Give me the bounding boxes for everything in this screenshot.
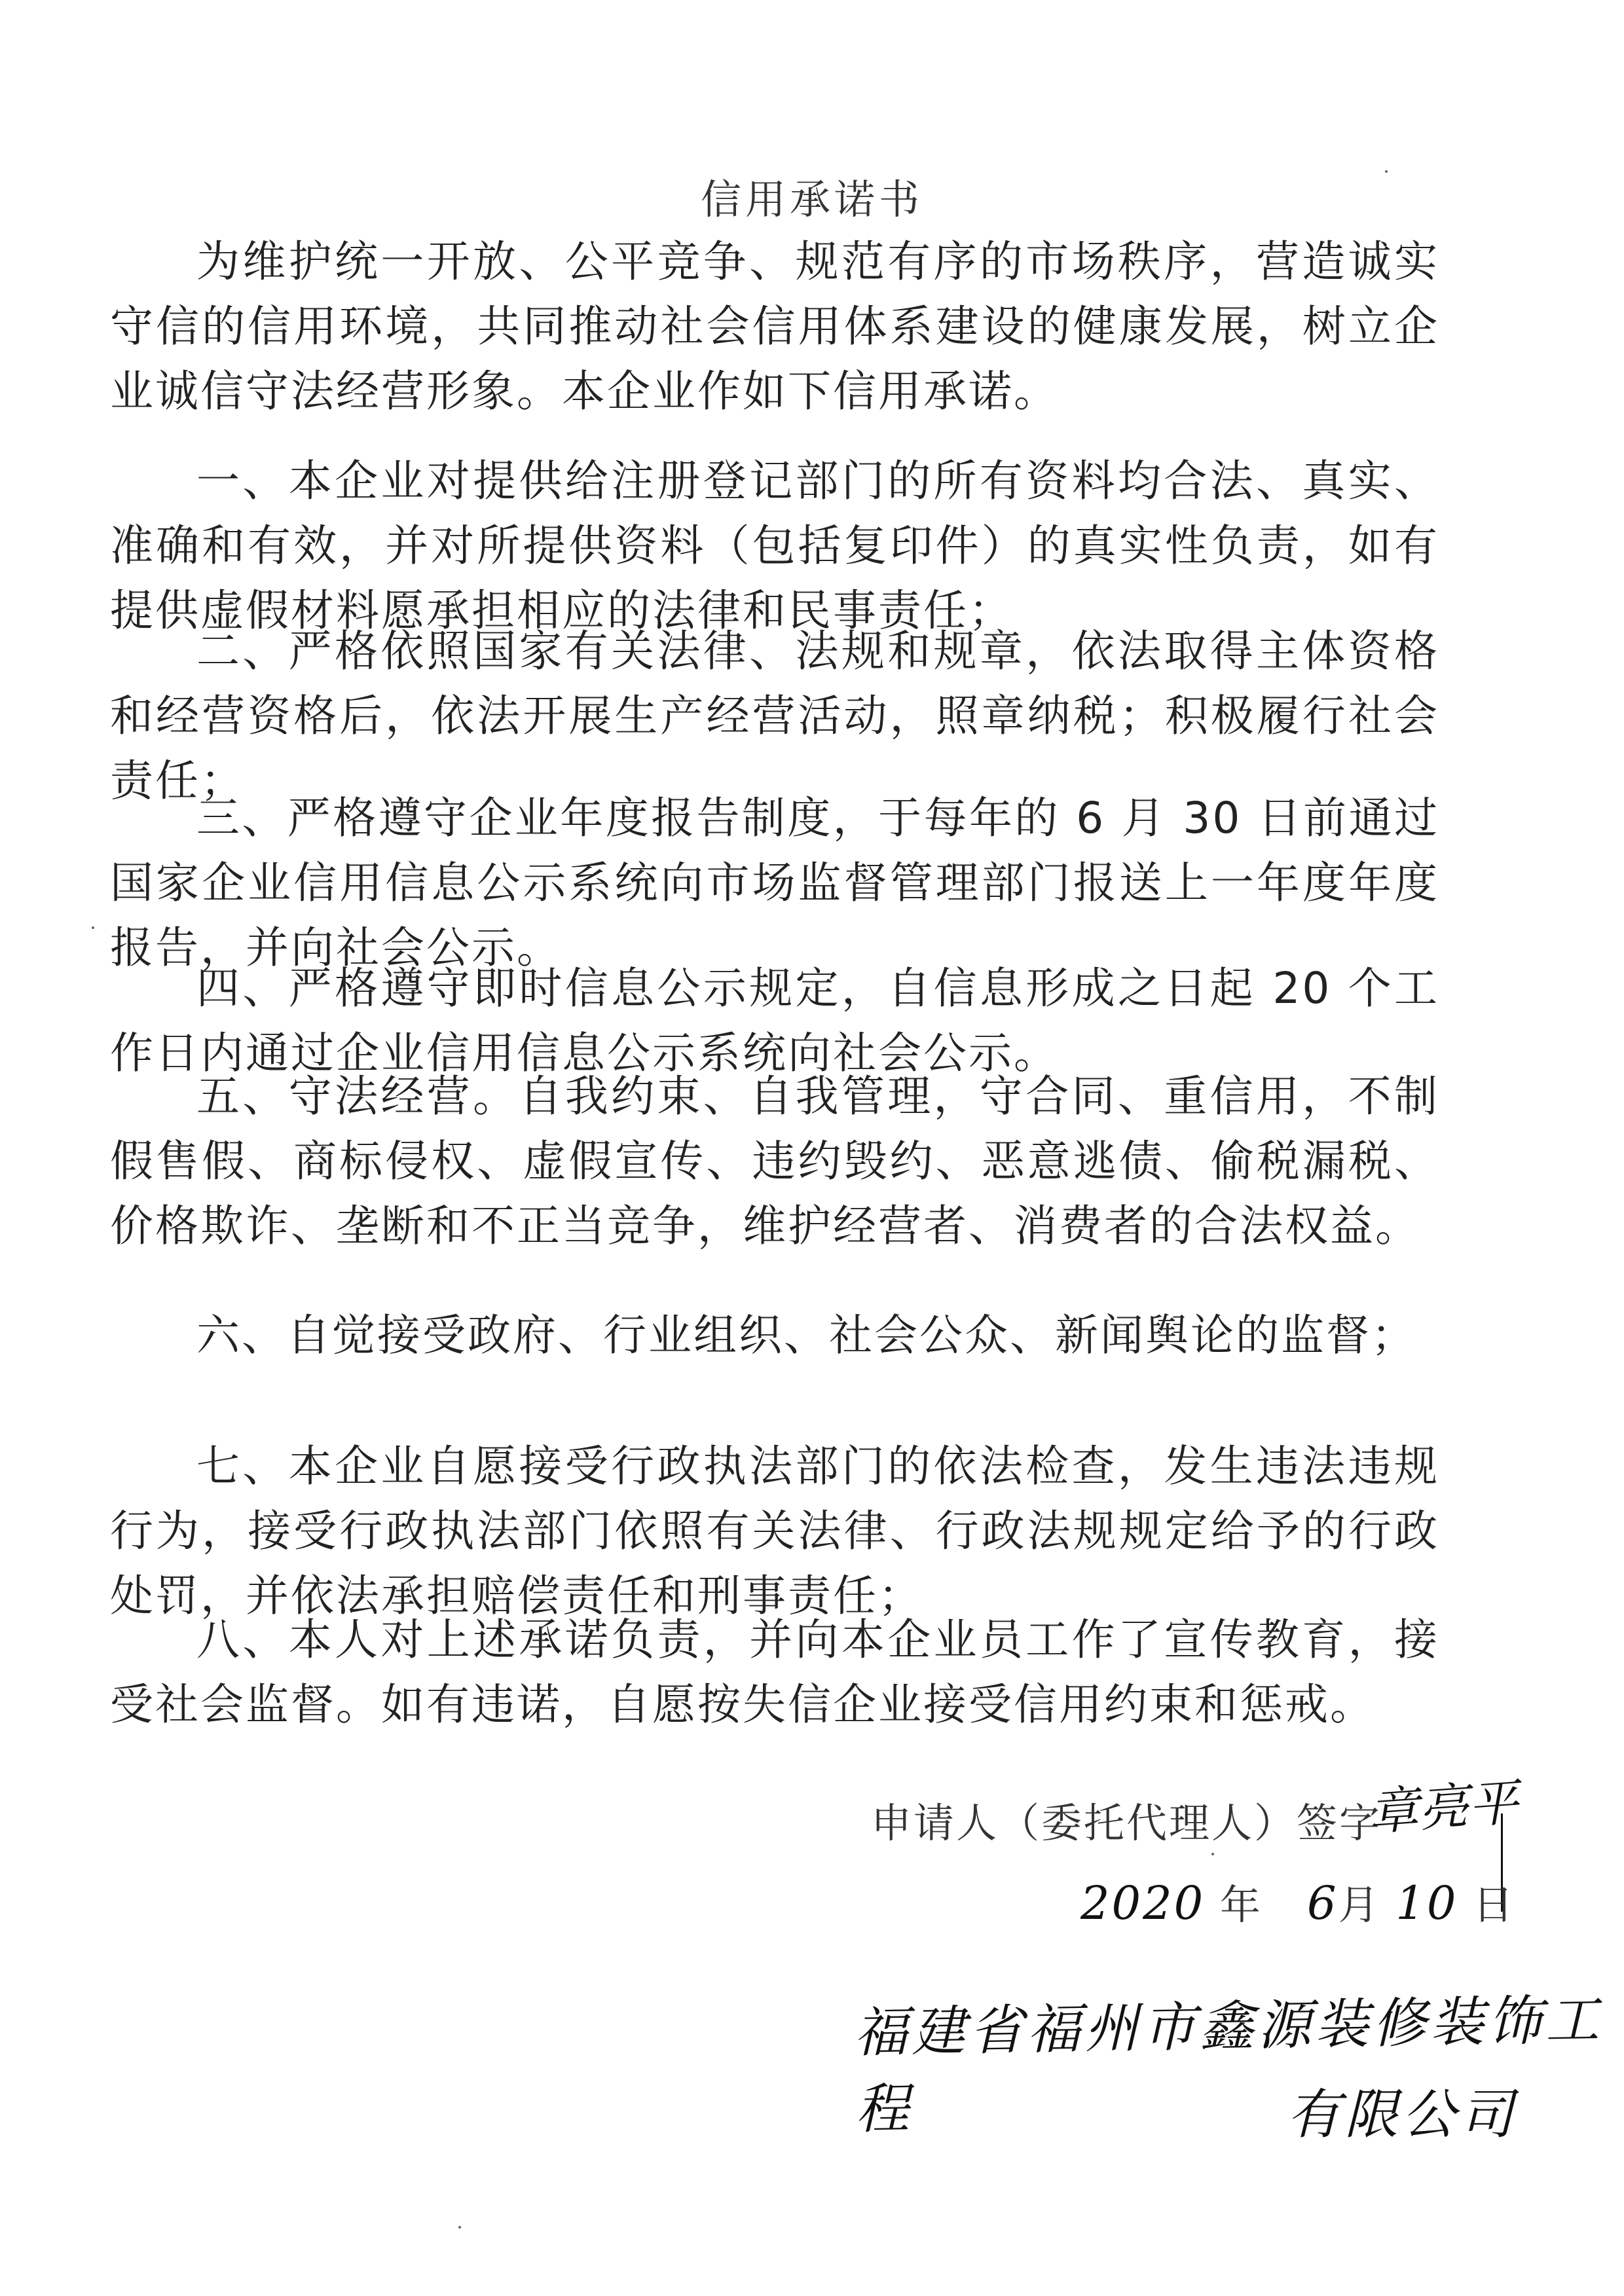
paragraph-text: 二、严格依照国家有关法律、法规和规章，依法取得主体资格和经营资格后，依法开展生产… xyxy=(110,619,1439,813)
scan-speck xyxy=(458,2226,461,2229)
paragraph-6: 六、自觉接受政府、行业组织、社会公众、新闻舆论的监督； xyxy=(110,1303,1439,1368)
paragraph-5: 五、守法经营。自我约束、自我管理，守合同、重信用，不制假售假、商标侵权、虚假宣传… xyxy=(110,1064,1439,1258)
paragraph-text: 五、守法经营。自我约束、自我管理，守合同、重信用，不制假售假、商标侵权、虚假宣传… xyxy=(110,1064,1439,1258)
signature-date: 2020 年 6月 10 日 xyxy=(1080,1872,1515,1931)
paragraph-text: 六、自觉接受政府、行业组织、社会公众、新闻舆论的监督； xyxy=(110,1303,1439,1368)
date-year: 2020 xyxy=(1080,1876,1205,1930)
date-month: 6 xyxy=(1307,1876,1338,1930)
handwritten-signature: 章亮平 xyxy=(1366,1762,1520,1844)
date-month-unit: 月 xyxy=(1338,1881,1381,1929)
scan-speck xyxy=(1385,170,1388,173)
paragraph-8: 八、本人对上述承诺负责，并向本企业员工作了宣传教育，接受社会监督。如有违诺，自愿… xyxy=(110,1607,1439,1737)
paragraph-text: 八、本人对上述承诺负责，并向本企业员工作了宣传教育，接受社会监督。如有违诺，自愿… xyxy=(110,1607,1439,1737)
paragraph-text: 七、本企业自愿接受行政执法部门的依法检查，发生违法违规行为，接受行政执法部门依照… xyxy=(110,1434,1439,1628)
date-year-unit: 年 xyxy=(1220,1881,1263,1929)
paragraph-intro: 为维护统一开放、公平竞争、规范有序的市场秩序，营造诚实守信的信用环境，共同推动社… xyxy=(110,229,1439,424)
paragraph-7: 七、本企业自愿接受行政执法部门的依法检查，发生违法违规行为，接受行政执法部门依照… xyxy=(110,1434,1439,1628)
paragraph-text: 三、严格遵守企业年度报告制度，于每年的 6 月 30 日前通过国家企业信用信息公… xyxy=(110,786,1439,980)
signature-label: 申请人（委托代理人）签字 xyxy=(871,1791,1382,1849)
scan-speck xyxy=(1211,1853,1214,1855)
paragraph-text: 为维护统一开放、公平竞争、规范有序的市场秩序，营造诚实守信的信用环境，共同推动社… xyxy=(110,229,1439,424)
date-day: 10 xyxy=(1395,1876,1458,1930)
paragraph-text: 一、本企业对提供给注册登记部门的所有资料均合法、真实、准确和有效，并对所提供资料… xyxy=(110,448,1439,643)
document-page: 信用承诺书 为维护统一开放、公平竞争、规范有序的市场秩序，营造诚实守信的信用环境… xyxy=(0,0,1624,2296)
document-title: 信用承诺书 xyxy=(0,167,1624,225)
paragraph-3: 三、严格遵守企业年度报告制度，于每年的 6 月 30 日前通过国家企业信用信息公… xyxy=(110,786,1439,980)
scan-speck xyxy=(92,926,94,929)
paragraph-1: 一、本企业对提供给注册登记部门的所有资料均合法、真实、准确和有效，并对所提供资料… xyxy=(110,448,1439,643)
company-name-line-2: 有限公司 xyxy=(1287,2072,1517,2149)
paragraph-2: 二、严格依照国家有关法律、法规和规章，依法取得主体资格和经营资格后，依法开展生产… xyxy=(110,619,1439,813)
date-day-unit: 日 xyxy=(1473,1881,1515,1929)
